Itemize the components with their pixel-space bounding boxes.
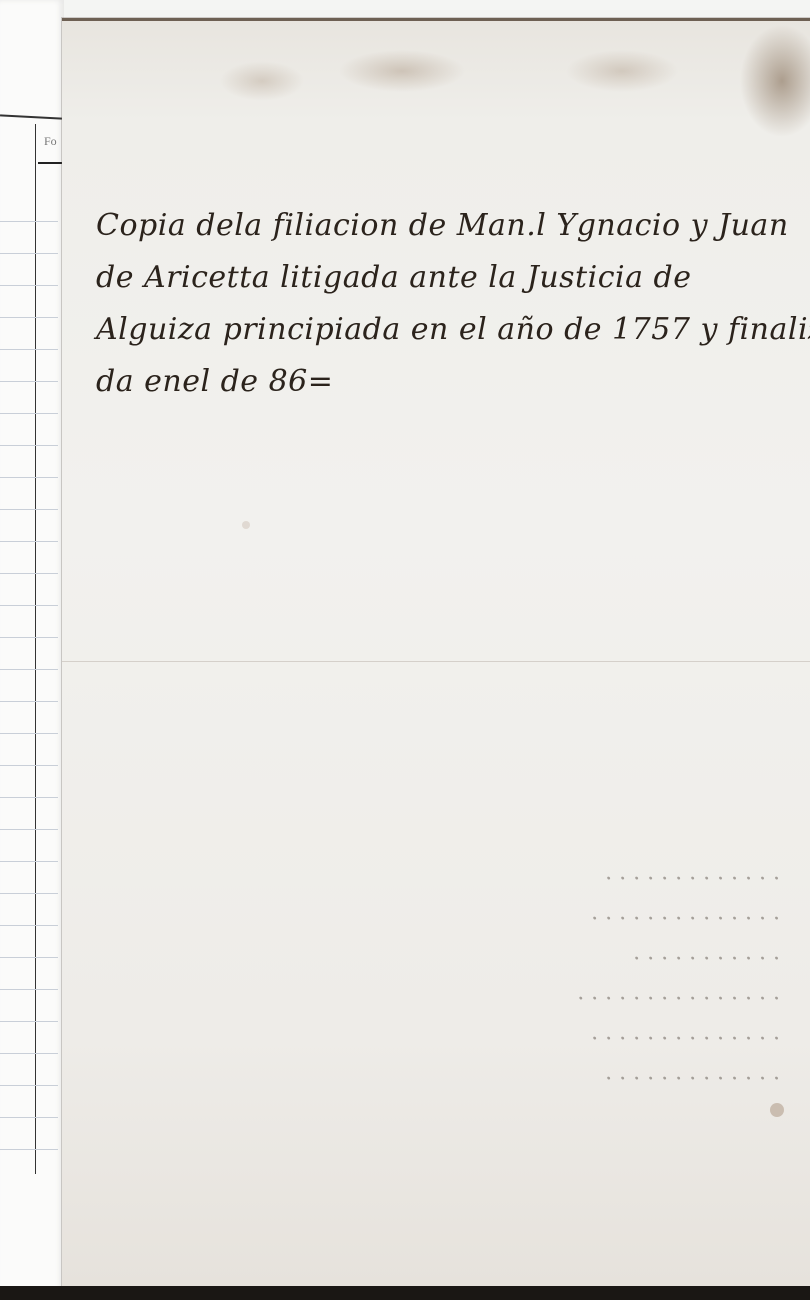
bleed-line: · · · · · · · · · · · · · · · (80, 980, 780, 1020)
page-fold-crease (62, 661, 810, 662)
bleed-line: · · · · · · · · · · · · · (80, 860, 780, 900)
ledger-page: Fo (0, 0, 64, 1300)
bleed-line: · · · · · · · · · · · · · · (80, 900, 780, 940)
bleed-line: · · · · · · · · · · · (80, 940, 780, 980)
document-heading: Copia dela filiacion de Man.l Ygnacio y … (96, 200, 796, 408)
ledger-ruled-lines (0, 190, 58, 1170)
heading-line-4: da enel de 86= (96, 356, 796, 408)
book-bottom-edge (0, 1286, 810, 1300)
ink-stain (242, 521, 250, 529)
bleed-line: · · · · · · · · · · · · · · (80, 1020, 780, 1060)
ledger-header-text: Fo (44, 134, 57, 149)
heading-line-3: Alguiza principiada en el año de 1757 y … (96, 304, 796, 356)
bleed-through-text: · · · · · · · · · · · · · · · · · · · · … (80, 860, 780, 1100)
heading-line-2: de Aricetta litigada ante la Justicia de (96, 252, 796, 304)
bleed-line: · · · · · · · · · · · · · (80, 1060, 780, 1100)
ledger-top-rule (0, 114, 62, 119)
heading-line-1: Copia dela filiacion de Man.l Ygnacio y … (96, 200, 796, 252)
ledger-header-rule (38, 162, 62, 164)
ink-stain (770, 1103, 784, 1117)
